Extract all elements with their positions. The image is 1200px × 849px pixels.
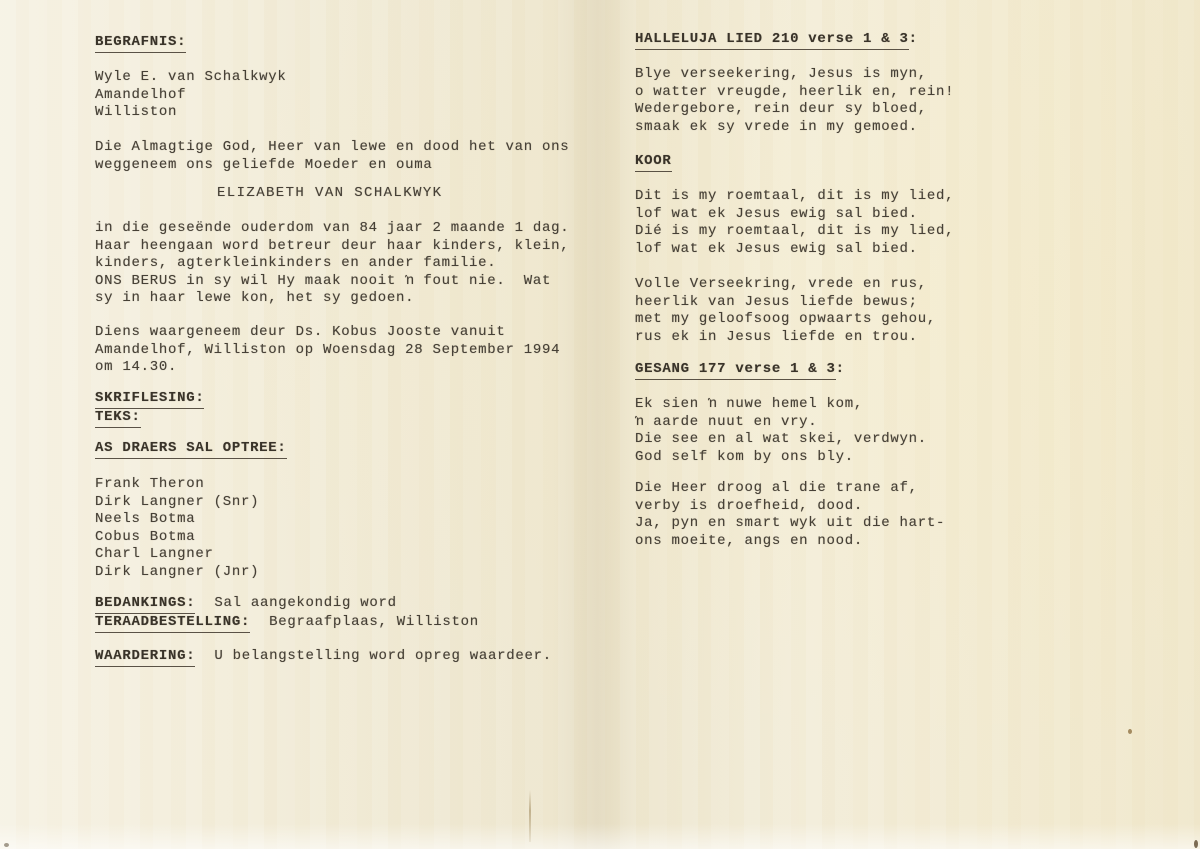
verse-line: Dit is my roemtaal, dit is my lied,: [635, 188, 954, 206]
text-line: in die geseënde ouderdom van 84 jaar 2 m…: [95, 220, 569, 238]
verse-line: lof wat ek Jesus ewig sal bied.: [635, 241, 954, 259]
song2-verse3: Die Heer droog al die trane af, verby is…: [635, 480, 945, 550]
burial-text: Begraafplaas, Williston: [269, 614, 479, 630]
verse-line: lof wat ek Jesus ewig sal bied.: [635, 206, 954, 224]
bearer-name: Neels Botma: [95, 511, 259, 529]
song2-verse1: Ek sien ŉ nuwe hemel kom, ŉ aarde nuut e…: [635, 396, 927, 466]
text-line: weggeneem ons geliefde Moeder en ouma: [95, 157, 569, 175]
intro-paragraph: Die Almagtige God, Heer van lewe en dood…: [95, 139, 569, 174]
verse-line: ŉ aarde nuut en vry.: [635, 414, 927, 432]
text-line: Die Almagtige God, Heer van lewe en dood…: [95, 139, 569, 157]
text-line: Williston: [95, 104, 287, 122]
verse-line: Wedergebore, rein deur sy bloed,: [635, 101, 954, 119]
verse-line: Volle Verseekring, vrede en rus,: [635, 276, 936, 294]
koor-heading: KOOR: [635, 153, 672, 172]
scripture-headings: SKRIFLESING: TEKS:: [95, 390, 204, 428]
text-line: Diens waargeneem deur Ds. Kobus Jooste v…: [95, 324, 560, 342]
skriflesing-heading: SKRIFLESING:: [95, 390, 204, 409]
text-line: sy in haar lewe kon, het sy gedoen.: [95, 290, 569, 308]
verse-line: Blye verseekering, Jesus is myn,: [635, 66, 954, 84]
verse-line: God self kom by ons bly.: [635, 449, 927, 467]
verse-line: Ja, pyn en smart wyk uit die hart-: [635, 515, 945, 533]
burial-heading: TERAADBESTELLING:: [95, 614, 250, 633]
verse-line: o watter vreugde, heerlik en, rein!: [635, 84, 954, 102]
song1-heading: HALLELUJA LIED 210 verse 1 & 3:: [635, 31, 918, 50]
verse-line: Ek sien ŉ nuwe hemel kom,: [635, 396, 927, 414]
deceased-name-heading: ELIZABETH VAN SCHALKWYK: [95, 185, 442, 203]
bearer-name: Frank Theron: [95, 476, 259, 494]
scanned-program-sheet: BEGRAFNIS: Wyle E. van Schalkwyk Amandel…: [0, 0, 1200, 849]
verse-line: ons moeite, angs en nood.: [635, 533, 945, 551]
song1-verse3: Volle Verseekring, vrede en rus, heerlik…: [635, 276, 936, 346]
bedankings-text: Sal aangekondig word: [214, 595, 396, 611]
bearers-list: Frank Theron Dirk Langner (Snr) Neels Bo…: [95, 476, 259, 582]
text-line: Amandelhof: [95, 87, 287, 105]
paper-crease: [529, 790, 531, 842]
paper-speck: [1194, 840, 1198, 848]
bearer-name: Charl Langner: [95, 546, 259, 564]
verse-line: rus ek in Jesus liefde en trou.: [635, 329, 936, 347]
heading-text: GESANG 177 verse 1 & 3: [635, 361, 836, 380]
waardering-text: U belangstelling word opreg waardeer.: [214, 648, 552, 664]
heading-text: HALLELUJA LIED 210 verse 1 & 3: [635, 31, 909, 50]
bedankings-heading: BEDANKINGS:: [95, 595, 195, 614]
appreciation: WAARDERING:U belangstelling word opreg w…: [95, 648, 552, 667]
bearers-heading: AS DRAERS SAL OPTREE:: [95, 440, 287, 459]
verse-line: heerlik van Jesus liefde bewus;: [635, 294, 936, 312]
waardering-heading: WAARDERING:: [95, 648, 195, 667]
text-line: om 14.30.: [95, 359, 560, 377]
teks-heading: TEKS:: [95, 409, 141, 428]
bearer-name: Dirk Langner (Snr): [95, 494, 259, 512]
koor-verse: Dit is my roemtaal, dit is my lied, lof …: [635, 188, 954, 258]
song2-heading: GESANG 177 verse 1 & 3:: [635, 361, 845, 380]
heading-text: AS DRAERS SAL OPTREE:: [95, 440, 287, 459]
heading-colon: :: [909, 31, 918, 47]
verse-line: Dié is my roemtaal, dit is my lied,: [635, 223, 954, 241]
obituary-paragraph: in die geseënde ouderdom van 84 jaar 2 m…: [95, 220, 569, 308]
bearer-name: Cobus Botma: [95, 529, 259, 547]
deceased-address: Wyle E. van Schalkwyk Amandelhof Willist…: [95, 69, 287, 122]
verse-line: Die Heer droog al die trane af,: [635, 480, 945, 498]
verse-line: Die see en al wat skei, verdwyn.: [635, 431, 927, 449]
text-line: Wyle E. van Schalkwyk: [95, 69, 287, 87]
thanks-and-burial: BEDANKINGS:Sal aangekondig word TERAADBE…: [95, 595, 479, 633]
heading-colon: :: [836, 361, 845, 377]
verse-line: met my geloofsoog opwaarts gehou,: [635, 311, 936, 329]
heading-text: BEGRAFNIS:: [95, 34, 186, 53]
bearer-name: Dirk Langner (Jnr): [95, 564, 259, 582]
heading-text: KOOR: [635, 153, 672, 172]
paper-speck: [1128, 729, 1132, 734]
deceased-name: ELIZABETH VAN SCHALKWYK: [95, 185, 442, 203]
service-paragraph: Diens waargeneem deur Ds. Kobus Jooste v…: [95, 324, 560, 377]
song1-verse1: Blye verseekering, Jesus is myn, o watte…: [635, 66, 954, 136]
verse-line: verby is droefheid, dood.: [635, 498, 945, 516]
text-line: Amandelhof, Williston op Woensdag 28 Sep…: [95, 342, 560, 360]
paper-speck: [4, 843, 9, 847]
text-line: ONS BERUS in sy wil Hy maak nooit ŉ fout…: [95, 273, 569, 291]
text-line: kinders, agterkleinkinders en ander fami…: [95, 255, 569, 273]
begrafnis-heading: BEGRAFNIS:: [95, 34, 186, 53]
text-line: Haar heengaan word betreur deur haar kin…: [95, 238, 569, 256]
verse-line: smaak ek sy vrede in my gemoed.: [635, 119, 954, 137]
